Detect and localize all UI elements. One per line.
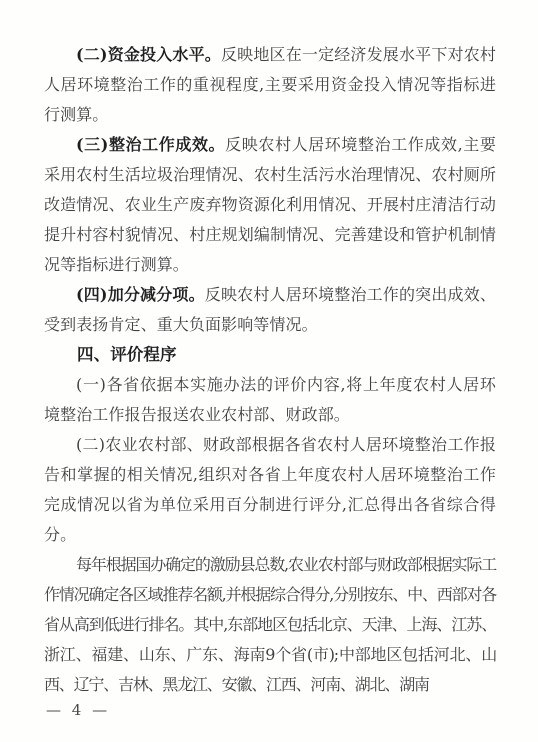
paragraph-scoring-method: (二)农业农村部、财政部根据各省农村人居环境整治工作报告和掌握的相关情况,组织对… [44,430,496,550]
paragraph-funding-level: (二)资金投入水平。反映地区在一定经济发展水平下对农村人居环境整治工作的重视程度… [44,40,496,130]
paragraph-bonus-penalty: (四)加分减分项。反映农村人居环境整治工作的突出成效、受到表扬肯定、重大负面影响… [44,280,496,340]
document-body: (二)资金投入水平。反映地区在一定经济发展水平下对农村人居环境整治工作的重视程度… [44,40,496,700]
paragraph-regional-ranking: 每年根据国办确定的激励县总数,农业农村部与财政部根据实际工作情况确定各区域推荐名… [44,550,496,700]
document-page: (二)资金投入水平。反映地区在一定经济发展水平下对农村人居环境整治工作的重视程度… [0,0,538,742]
paragraph-report-submission: (一)各省依据本实施办法的评价内容,将上年度农村人居环境整治工作报告报送农业农村… [44,370,496,430]
paragraph-lead-bonus-penalty: (四)加分减分项。 [76,285,205,304]
page-number: — 4 — [46,700,110,720]
paragraph-lead-improvement-results: (三)整治工作成效。 [76,135,225,154]
section-heading-evaluation-procedure: 四、评价程序 [44,340,496,370]
paragraph-text-improvement-results: 反映农村人居环境整治工作成效,主要采用农村生活垃圾治理情况、农村生活污水治理情况… [44,135,496,274]
paragraph-lead-funding-level: (二)资金投入水平。 [76,45,221,64]
paragraph-improvement-results: (三)整治工作成效。反映农村人居环境整治工作成效,主要采用农村生活垃圾治理情况、… [44,130,496,280]
